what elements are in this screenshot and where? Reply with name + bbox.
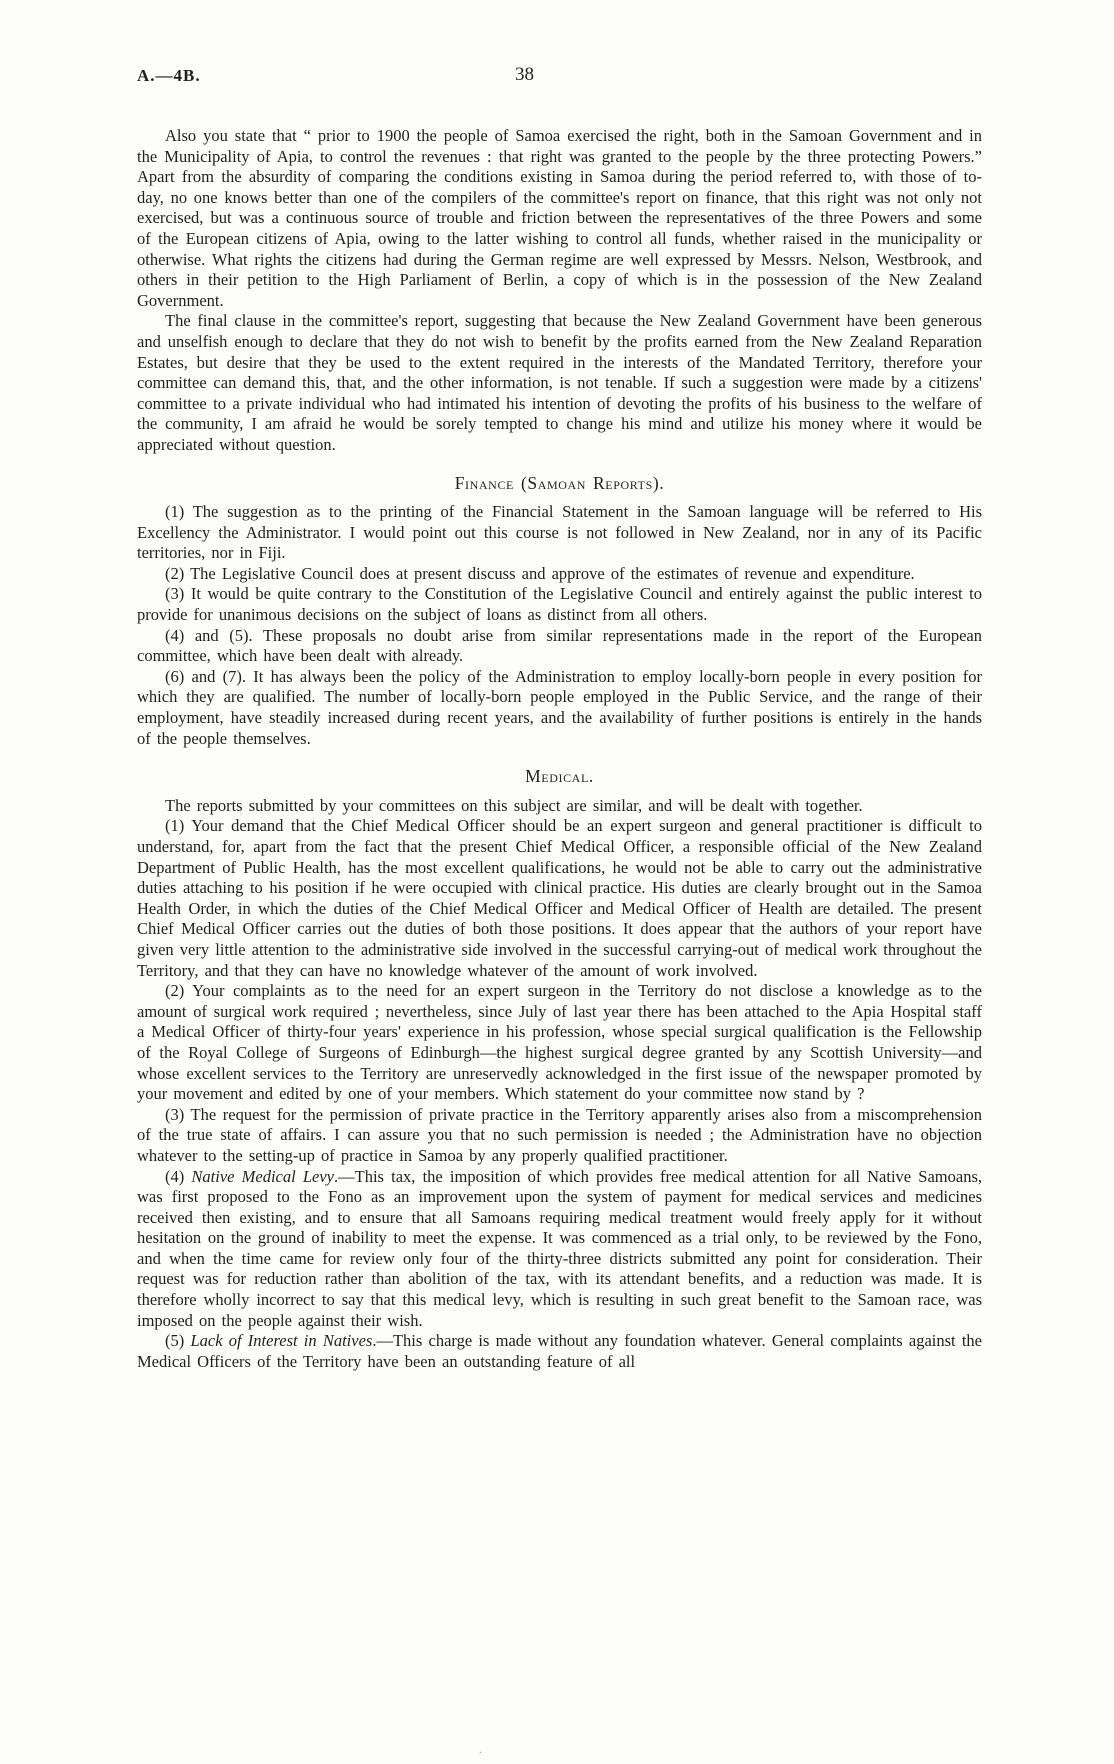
document-body: Also you state that “ prior to 1900 the … — [137, 126, 982, 1372]
paragraph-medical-item-5-lack-of-interest: (5) Lack of Interest in Natives.—This ch… — [137, 1331, 982, 1372]
paragraph-finance-item-6-7: (6) and (7). It has always been the poli… — [137, 667, 982, 749]
paragraph-finance-item-1: (1) The suggestion as to the printing of… — [137, 502, 982, 564]
item-text: .—This tax, the imposition of which prov… — [137, 1167, 982, 1330]
item-number: (4) — [165, 1167, 191, 1186]
paragraph-finance-item-2: (2) The Legislative Council does at pres… — [137, 564, 982, 585]
paragraph-revenue-rights: Also you state that “ prior to 1900 the … — [137, 126, 982, 311]
paragraph-medical-item-2: (2) Your complaints as to the need for a… — [137, 981, 982, 1105]
paragraph-finance-item-3: (3) It would be quite contrary to the Co… — [137, 584, 982, 625]
scan-artifact-dot: . — [479, 1744, 482, 1756]
page-number: 38 — [137, 64, 912, 86]
paragraph-final-clause: The final clause in the committee's repo… — [137, 311, 982, 455]
item-title-italic: Native Medical Levy — [191, 1167, 334, 1186]
item-number: (5) — [165, 1331, 190, 1350]
paragraph-medical-item-3: (3) The request for the permission of pr… — [137, 1105, 982, 1167]
document-page: A.—4B. 38 Also you state that “ prior to… — [0, 0, 1114, 1764]
paragraph-medical-item-1: (1) Your demand that the Chief Medical O… — [137, 816, 982, 981]
paragraph-medical-item-4-native-medical-levy: (4) Native Medical Levy.—This tax, the i… — [137, 1167, 982, 1332]
section-heading-medical: Medical. — [137, 766, 982, 787]
page-header: A.—4B. 38 — [137, 64, 982, 90]
section-heading-finance: Finance (Samoan Reports). — [137, 473, 982, 494]
paragraph-finance-item-4-5: (4) and (5). These proposals no doubt ar… — [137, 626, 982, 667]
paragraph-medical-intro: The reports submitted by your committees… — [137, 796, 982, 817]
item-title-italic: Lack of Interest in Natives — [190, 1331, 372, 1350]
